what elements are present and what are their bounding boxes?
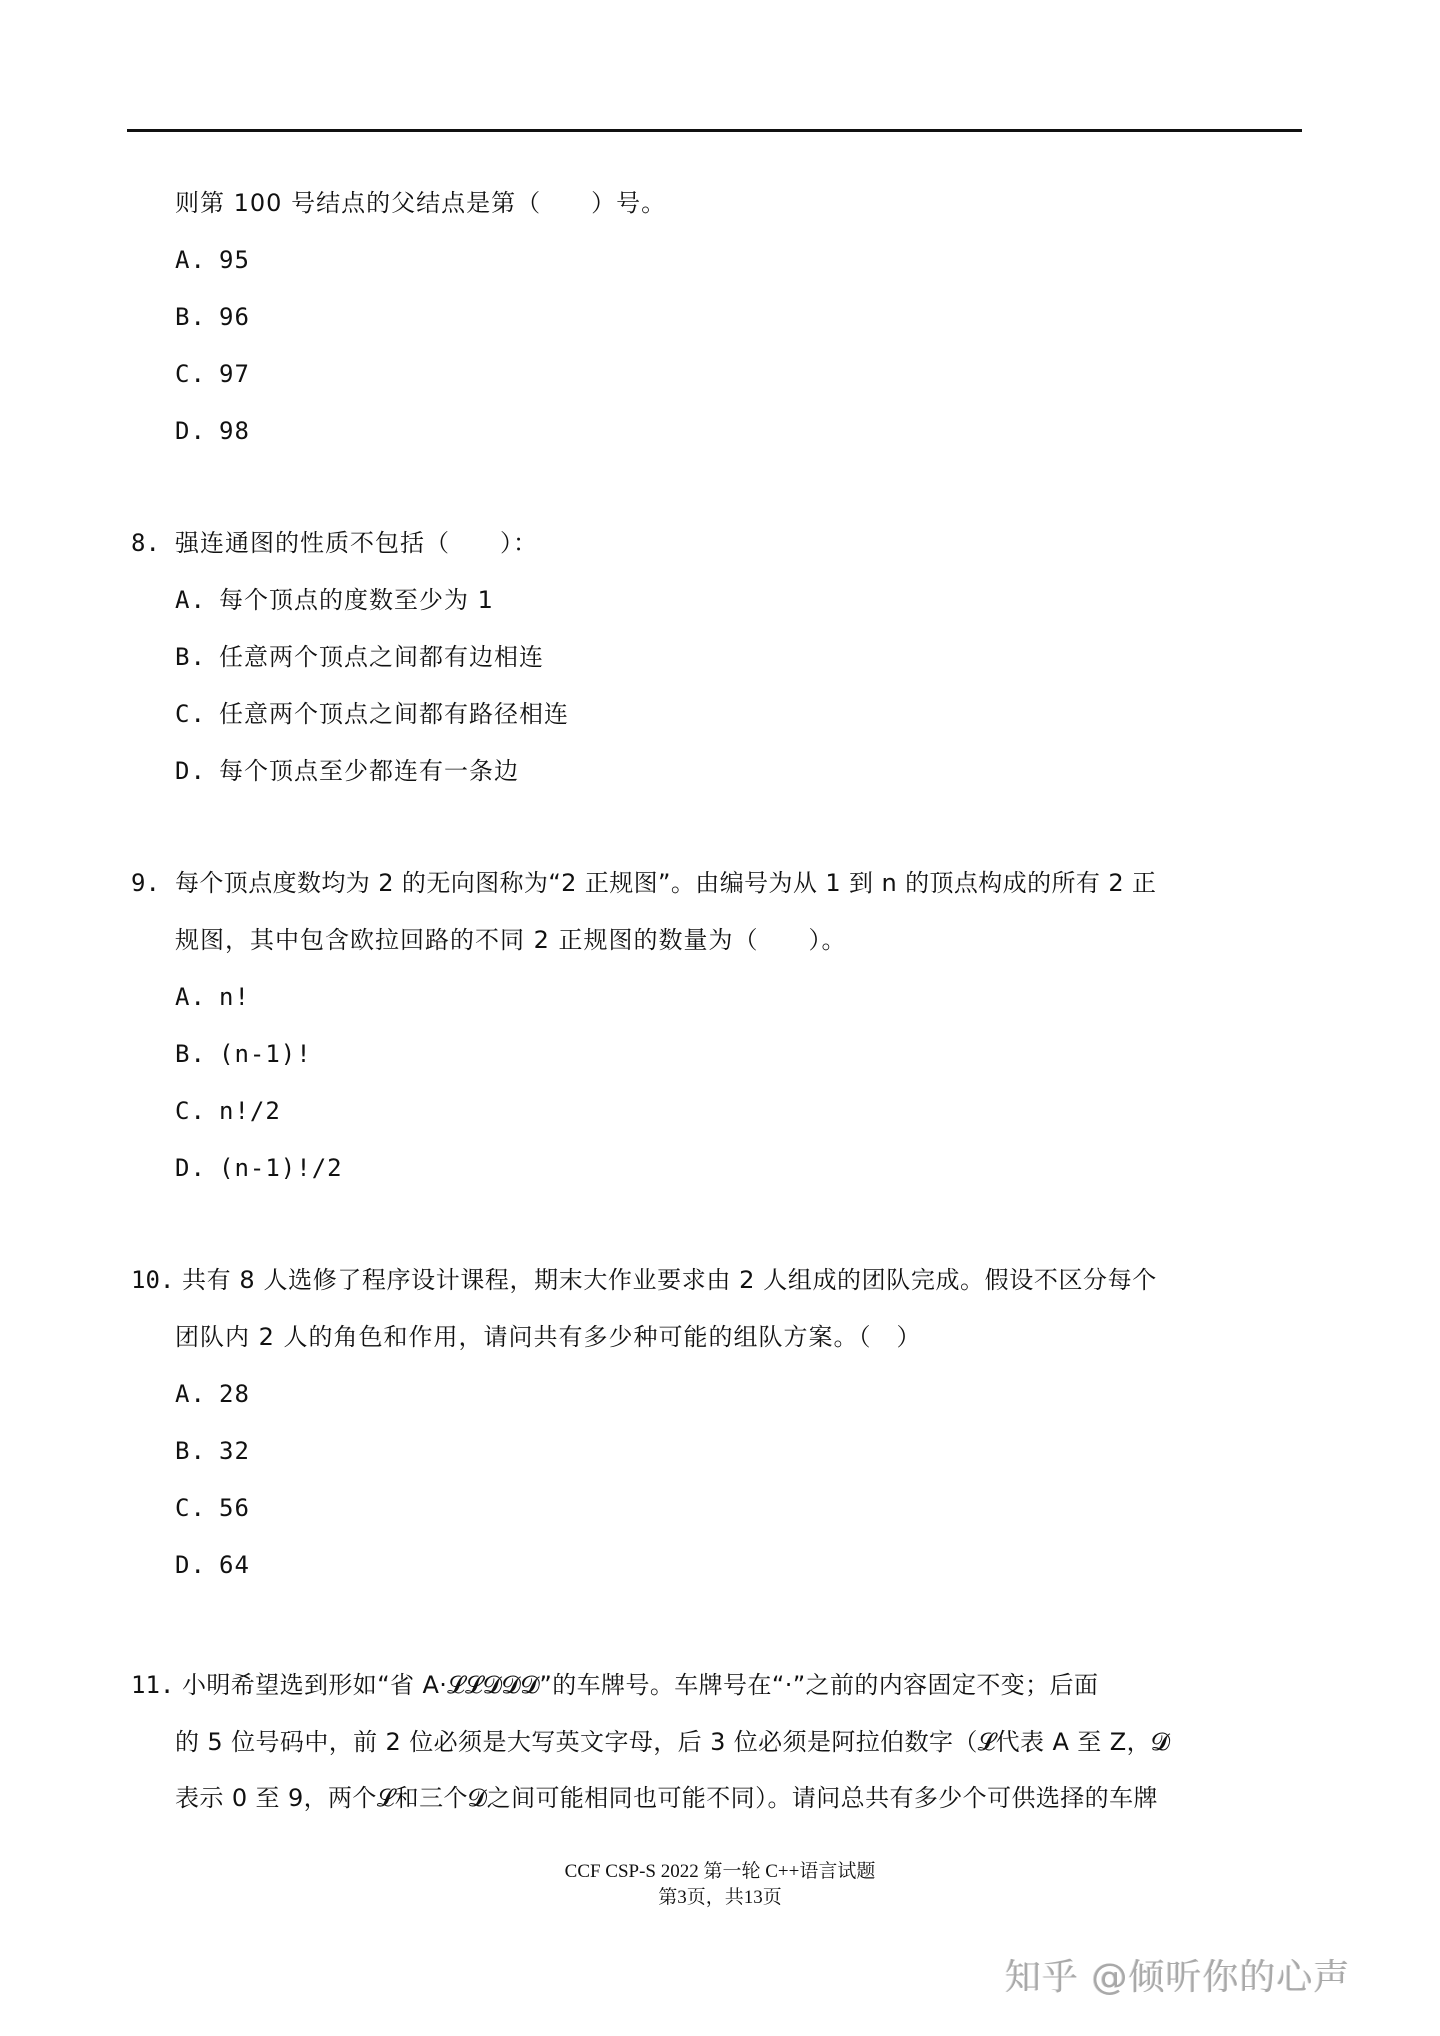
footer-page-number: 第3页，共13页 bbox=[0, 1886, 1440, 1910]
question-number: 10. bbox=[131, 1264, 174, 1296]
option-label: B. bbox=[175, 1038, 219, 1070]
question-number: 11. bbox=[131, 1669, 174, 1701]
option-text: 96 bbox=[219, 301, 250, 333]
option-b: B.任意两个顶点之间都有边相连 bbox=[175, 641, 544, 673]
option-text: 56 bbox=[219, 1492, 250, 1524]
option-b: B.96 bbox=[175, 301, 250, 333]
option-c: C.56 bbox=[175, 1492, 250, 1524]
option-c: C.97 bbox=[175, 358, 250, 390]
zhihu-watermark: 知乎 @倾听你的心声 bbox=[1005, 1956, 1350, 2000]
option-d: D.每个顶点至少都连有一条边 bbox=[175, 755, 519, 787]
option-d: D.(n-1)!/2 bbox=[175, 1152, 343, 1184]
option-text: 每个顶点至少都连有一条边 bbox=[219, 755, 519, 787]
option-d: D.64 bbox=[175, 1549, 250, 1581]
option-label: A. bbox=[175, 1378, 219, 1410]
question-stem-line: 表示 0 至 9，两个𝓛和三个𝓓之间可能相同也可能不同）。请问总共有多少个可供选… bbox=[175, 1782, 1158, 1814]
option-label: B. bbox=[175, 1435, 219, 1467]
option-text: 32 bbox=[219, 1435, 250, 1467]
option-a: A.95 bbox=[175, 244, 250, 276]
option-d: D.98 bbox=[175, 415, 250, 447]
option-label: D. bbox=[175, 415, 219, 447]
option-label: B. bbox=[175, 641, 219, 673]
question-stem-line: 规图，其中包含欧拉回路的不同 2 正规图的数量为（ ）。 bbox=[175, 924, 847, 956]
option-b: B.(n-1)! bbox=[175, 1038, 312, 1070]
option-label: A. bbox=[175, 584, 219, 616]
question-stem-line: 共有 8 人选修了程序设计课程，期末大作业要求由 2 人组成的团队完成。假设不区… bbox=[182, 1264, 1157, 1296]
question-number: 8. bbox=[131, 527, 160, 559]
option-text: (n-1)! bbox=[219, 1038, 312, 1070]
option-a: A.n! bbox=[175, 981, 250, 1013]
question-stem-line: 每个顶点度数均为 2 的无向图称为“2 正规图”。由编号为从 1 到 n 的顶点… bbox=[175, 867, 1156, 899]
option-label: D. bbox=[175, 1549, 219, 1581]
option-a: A.每个顶点的度数至少为 1 bbox=[175, 584, 494, 616]
option-text: n!/2 bbox=[219, 1095, 281, 1127]
option-text: 每个顶点的度数至少为 1 bbox=[219, 584, 494, 616]
question-number: 9. bbox=[131, 867, 160, 899]
option-b: B.32 bbox=[175, 1435, 250, 1467]
option-label: C. bbox=[175, 1492, 219, 1524]
option-text: n! bbox=[219, 981, 250, 1013]
option-label: C. bbox=[175, 698, 219, 730]
option-text: 64 bbox=[219, 1549, 250, 1581]
option-c: C.任意两个顶点之间都有路径相连 bbox=[175, 698, 569, 730]
option-label: D. bbox=[175, 1152, 219, 1184]
option-label: D. bbox=[175, 755, 219, 787]
question-stem-line: 的 5 位号码中，前 2 位必须是大写英文字母，后 3 位必须是阿拉伯数字（𝓛代… bbox=[175, 1726, 1170, 1758]
option-label: A. bbox=[175, 981, 219, 1013]
option-label: A. bbox=[175, 244, 219, 276]
option-text: 98 bbox=[219, 415, 250, 447]
question-stem-line: 强连通图的性质不包括（ ）： bbox=[175, 527, 538, 559]
option-text: 任意两个顶点之间都有路径相连 bbox=[219, 698, 569, 730]
option-text: 97 bbox=[219, 358, 250, 390]
option-text: 28 bbox=[219, 1378, 250, 1410]
question-stem-line: 则第 100 号结点的父结点是第（ ）号。 bbox=[175, 187, 666, 219]
option-text: 95 bbox=[219, 244, 250, 276]
option-label: B. bbox=[175, 301, 219, 333]
question-stem-line: 小明希望选到形如“省 A·𝓛𝓛𝓓𝓓𝓓”的车牌号。车牌号在“·”之前的内容固定不变… bbox=[182, 1669, 1098, 1701]
option-label: C. bbox=[175, 1095, 219, 1127]
header-rule bbox=[127, 129, 1302, 132]
option-text: (n-1)!/2 bbox=[219, 1152, 343, 1184]
option-a: A.28 bbox=[175, 1378, 250, 1410]
question-stem-line: 团队内 2 人的角色和作用，请问共有多少种可能的组队方案。（ ） bbox=[175, 1321, 922, 1353]
footer-title: CCF CSP-S 2022 第一轮 C++语言试题 bbox=[0, 1860, 1440, 1884]
option-label: C. bbox=[175, 358, 219, 390]
option-text: 任意两个顶点之间都有边相连 bbox=[219, 641, 544, 673]
option-c: C.n!/2 bbox=[175, 1095, 281, 1127]
